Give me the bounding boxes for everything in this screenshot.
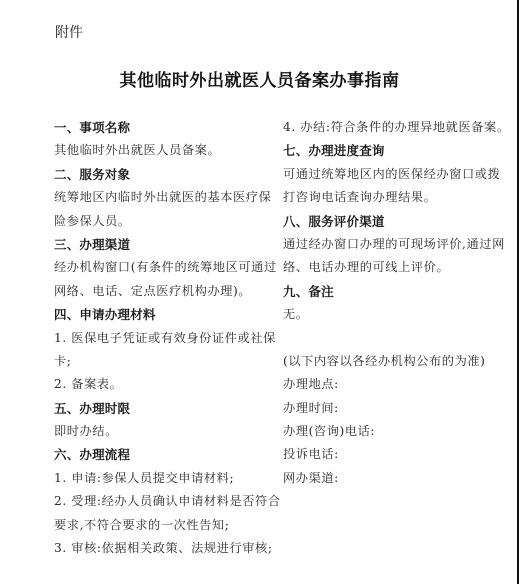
right-column: 4. 办结:符合条件的办理异地就医备案。 七、办理进度查询 可通过统筹地区内的医… — [283, 116, 513, 490]
section-heading: 三、办理渠道 — [54, 233, 279, 256]
body-text: 其他临时外出就医人员备案。 — [54, 139, 279, 162]
body-text: 即时办结。 — [54, 420, 279, 443]
body-text: 2. 受理:经办人员确认申请材料是否符合 — [54, 490, 279, 513]
field-location: 办理地点: — [283, 373, 513, 396]
document-title: 其他临时外出就医人员备案办事指南 — [0, 66, 519, 91]
section-heading: 八、服务评价渠道 — [283, 210, 513, 233]
body-text: 无。 — [283, 303, 513, 326]
field-phone: 办理(咨询)电话: — [283, 420, 513, 443]
body-text: 络、电话办理的可线上评价。 — [283, 256, 513, 279]
body-text: 2. 备案表。 — [54, 373, 279, 396]
body-text: 4. 办结:符合条件的办理异地就医备案。 — [283, 116, 513, 139]
body-text: 经办机构窗口(有条件的统筹地区可通过 — [54, 256, 279, 279]
body-text: 可通过统筹地区内的医保经办窗口或拨 — [283, 163, 513, 186]
field-complaint-phone: 投诉电话: — [283, 443, 513, 466]
body-text: 险参保人员。 — [54, 210, 279, 233]
left-column: 一、事项名称 其他临时外出就医人员备案。 二、服务对象 统筹地区内临时外出就医的… — [54, 116, 279, 560]
body-text: 3. 审核:依据相关政策、法规进行审核; — [54, 537, 279, 560]
section-heading: 九、备注 — [283, 280, 513, 303]
note-text: (以下内容以各经办机构公布的为准) — [283, 350, 513, 373]
body-text: 1. 医保电子凭证或有效身份证件或社保 — [54, 327, 279, 350]
body-text: 网络、电话、定点医疗机构办理)。 — [54, 280, 279, 303]
body-text: 打咨询电话查询办理结果。 — [283, 186, 513, 209]
document-page: 附件 其他临时外出就医人员备案办事指南 一、事项名称 其他临时外出就医人员备案。… — [0, 0, 517, 584]
field-hours: 办理时间: — [283, 397, 513, 420]
section-heading: 七、办理进度查询 — [283, 139, 513, 162]
blank-line — [283, 327, 513, 350]
body-text: 1. 申请:参保人员提交申请材料; — [54, 467, 279, 490]
body-text: 通过经办窗口办理的可现场评价,通过网 — [283, 233, 513, 256]
section-heading: 一、事项名称 — [54, 116, 279, 139]
body-text: 要求,不符合要求的一次性告知; — [54, 514, 279, 537]
section-heading: 六、办理流程 — [54, 443, 279, 466]
section-heading: 四、申请办理材料 — [54, 303, 279, 326]
body-text: 统筹地区内临时外出就医的基本医疗保 — [54, 186, 279, 209]
body-text: 卡; — [54, 350, 279, 373]
field-online-channel: 网办渠道: — [283, 467, 513, 490]
section-heading: 二、服务对象 — [54, 163, 279, 186]
attachment-label: 附件 — [55, 22, 83, 42]
section-heading: 五、办理时限 — [54, 397, 279, 420]
